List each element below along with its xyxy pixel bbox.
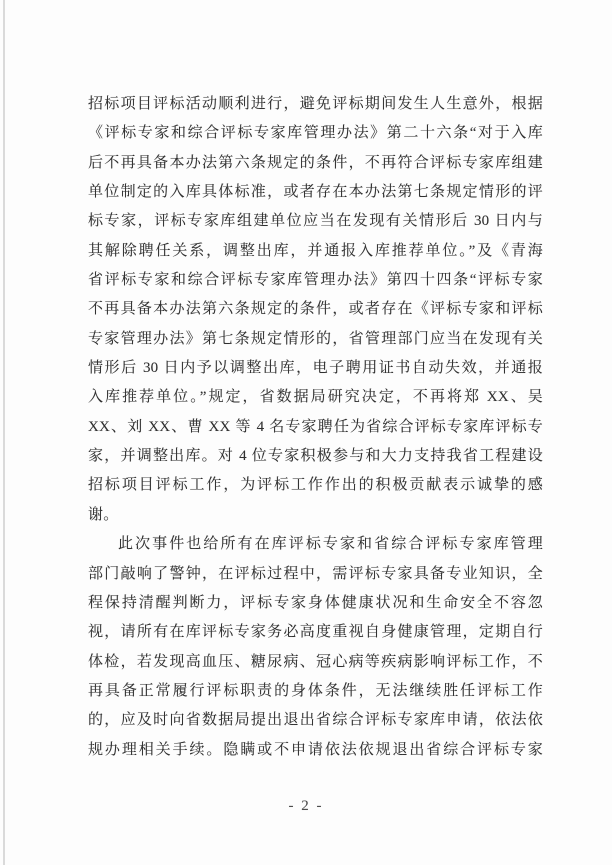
text-line: 专家管理办法》第七条规定情形的，省管理部门应当在发现有关 (88, 325, 543, 354)
text-line: 的，应及时向省数据局提出退出省综合评标专家库申请，依法依 (88, 706, 543, 735)
text-line: 规办理相关手续。隐瞒或不申请依法依规退出省综合评标专家 (88, 736, 543, 765)
text-line: 情形后 30 日内予以调整出库，电子聘用证书自动失效，并通报 (88, 354, 543, 383)
text-line: 单位制定的入库具体标准，或者存在本办法第七条规定情形的评 (88, 178, 543, 207)
text-line: 谢。 (88, 501, 543, 530)
paragraph-2: 此次事件也给所有在库评标专家和省综合评标专家库管理 部门敲响了警钟，在评标过程中… (88, 530, 543, 765)
text-line: 体检，若发现高血压、糖尿病、冠心病等疾病影响评标工作，不 (88, 648, 543, 677)
paragraph-1: 招标项目评标活动顺利进行，避免评标期间发生人生意外，根据 《评标专家和综合评标专… (88, 90, 543, 530)
text-line: XX、刘 XX、曹 XX 等 4 名专家聘任为省综合评标专家库评标专 (88, 413, 543, 442)
text-line: 省评标专家和综合评标专家库管理办法》第四十四条“评标专家 (88, 266, 543, 295)
text-line: 后不再具备本办法第六条规定的条件，不再符合评标专家库组建 (88, 149, 543, 178)
text-line: 入库推荐单位。”规定，省数据局研究决定，不再将郑 XX、吴 (88, 383, 543, 412)
text-line: 其解除聘任关系，调整出库，并通报入库推荐单位。”及《青海 (88, 237, 543, 266)
text-line: 标专家，评标专家库组建单位应当在发现有关情形后 30 日内与 (88, 207, 543, 236)
text-line: 部门敲响了警钟，在评标过程中，需评标专家具备专业知识，全 (88, 560, 543, 589)
text-line: 再具备正常履行评标职责的身体条件，无法继续胜任评标工作 (88, 677, 543, 706)
text-line: 程保持清醒判断力，评标专家身体健康状况和生命安全不容忽 (88, 589, 543, 618)
page-number: - 2 - (0, 796, 612, 816)
text-line: 《评标专家和综合评标专家库管理办法》第二十六条“对于入库 (88, 119, 543, 148)
text-line: 视，请所有在库评标专家务必高度重视自身健康管理，定期自行 (88, 618, 543, 647)
text-line: 不再具备本办法第六条规定的条件，或者存在《评标专家和评标 (88, 295, 543, 324)
text-line: 招标项目评标活动顺利进行，避免评标期间发生人生意外，根据 (88, 90, 543, 119)
text-line: 家，并调整出库。对 4 位专家积极参与和大力支持我省工程建设 (88, 442, 543, 471)
document-body: 招标项目评标活动顺利进行，避免评标期间发生人生意外，根据 《评标专家和综合评标专… (88, 90, 543, 765)
text-line: 招标项目评标工作，为评标工作作出的积极贡献表示诚挚的感 (88, 471, 543, 500)
text-line: 此次事件也给所有在库评标专家和省综合评标专家库管理 (88, 530, 543, 559)
scan-edge-artifact (3, 0, 5, 865)
scanned-document-page: 招标项目评标活动顺利进行，避免评标期间发生人生意外，根据 《评标专家和综合评标专… (0, 0, 612, 865)
